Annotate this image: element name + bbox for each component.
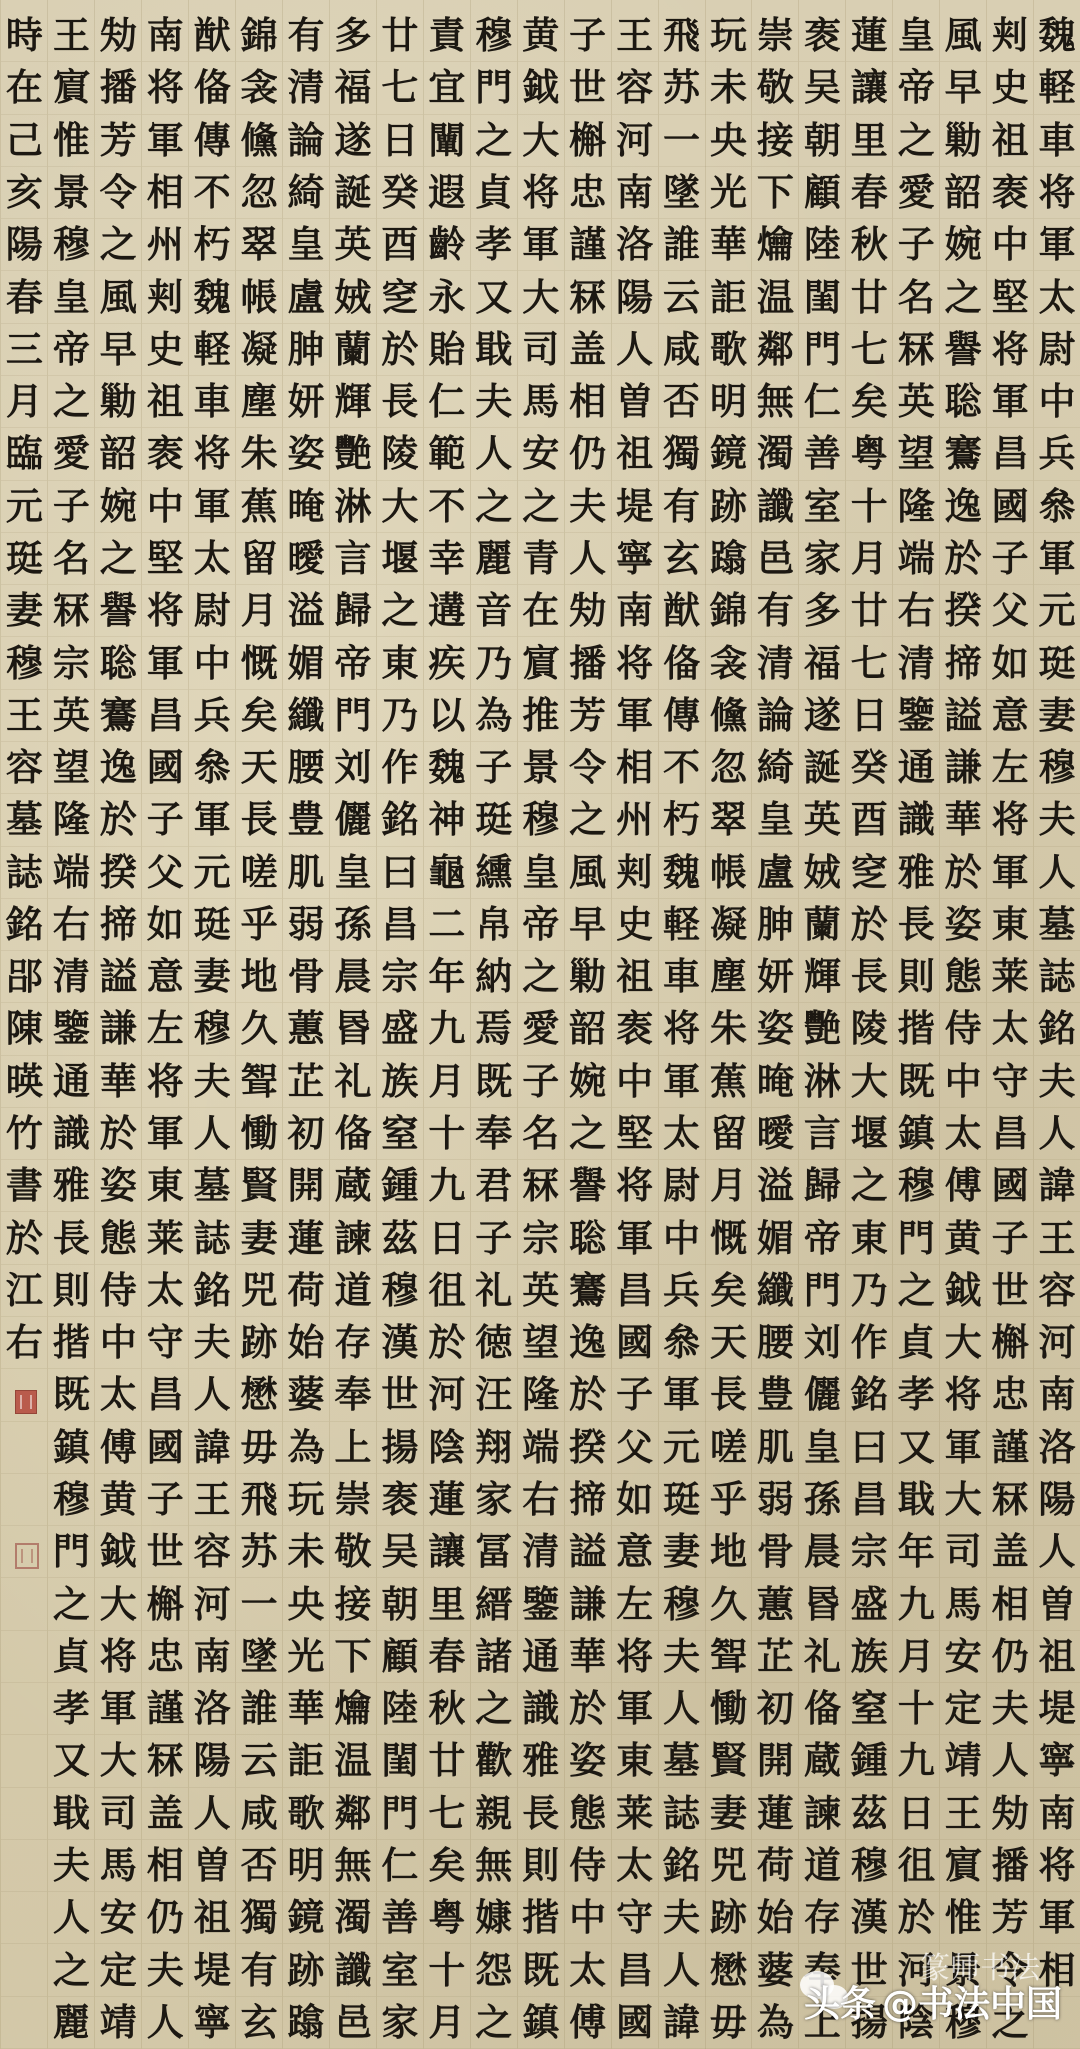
character-cell: 久: [705, 1578, 751, 1630]
character-cell: 洛: [189, 1683, 235, 1735]
character-cell: 妻: [659, 1526, 705, 1578]
character-cell: 容: [189, 1526, 235, 1578]
character-cell: 傅: [95, 1422, 141, 1474]
character-cell: 朽: [189, 219, 235, 271]
character-cell: 一: [236, 1578, 282, 1630]
character-cell: 堅: [987, 271, 1033, 323]
character-cell: 珽: [1, 533, 47, 585]
character-cell: 獨: [659, 428, 705, 480]
character-cell: 雅: [893, 847, 939, 899]
character-cell: 忽: [236, 167, 282, 219]
character-cell: 閨: [377, 1735, 423, 1787]
character-cell: 之: [518, 951, 564, 1003]
character-cell: 帝: [893, 62, 939, 114]
character-cell: 一: [659, 115, 705, 167]
text-column: 廿七日癸酉窆於長陵大堰之東乃作銘曰昌宗盛族窒鍾茲穆漢世揚袠吴朝顧陸閨門仁善室家: [376, 0, 423, 2049]
character-cell: 疾: [424, 637, 470, 689]
character-cell: 諱: [189, 1422, 235, 1474]
character-cell: [1, 1474, 47, 1526]
character-cell: 始: [752, 1892, 798, 1944]
character-cell: 存: [799, 1892, 845, 1944]
character-cell: 有: [659, 481, 705, 533]
character-cell: 初: [752, 1683, 798, 1735]
character-cell: 皇: [48, 271, 94, 323]
character-cell: 姿: [752, 1003, 798, 1055]
character-cell: 春: [846, 167, 892, 219]
character-cell: 大: [95, 1735, 141, 1787]
character-cell: 莱: [987, 951, 1033, 1003]
character-cell: 銘: [659, 1840, 705, 1892]
character-cell: 南: [142, 10, 188, 62]
character-cell: 夫: [659, 1892, 705, 1944]
character-cell: 人: [612, 324, 658, 376]
character-cell: 守: [612, 1892, 658, 1944]
character-cell: 嗟: [236, 847, 282, 899]
character-cell: 國: [612, 1997, 658, 2049]
character-cell: 姿: [95, 1160, 141, 1212]
character-cell: 軍: [142, 637, 188, 689]
character-cell: 曽: [1034, 1578, 1080, 1630]
character-cell: 州: [142, 219, 188, 271]
character-cell: 誕: [799, 742, 845, 794]
character-cell: 妍: [752, 951, 798, 1003]
character-cell: 不: [659, 742, 705, 794]
character-cell: 袠: [987, 167, 1033, 219]
character-cell: 陽: [1034, 1474, 1080, 1526]
character-cell: 冧: [48, 585, 94, 637]
character-cell: 骨: [283, 951, 329, 1003]
character-cell: 懋: [236, 1369, 282, 1421]
character-cell: 苏: [236, 1526, 282, 1578]
character-cell: 麗: [48, 1997, 94, 2049]
character-cell: 妻: [1, 585, 47, 637]
character-cell: 珽: [189, 899, 235, 951]
character-cell: 二: [424, 899, 470, 951]
character-cell: 詎: [283, 1735, 329, 1787]
character-cell: 云: [236, 1735, 282, 1787]
character-cell: 粤: [846, 428, 892, 480]
character-cell: 風: [565, 847, 611, 899]
character-cell: 十: [424, 1944, 470, 1996]
character-cell: 秋: [424, 1683, 470, 1735]
character-cell: 中: [565, 1892, 611, 1944]
character-cell: 族: [377, 1056, 423, 1108]
character-cell: 昌: [987, 428, 1033, 480]
character-cell: 之: [95, 533, 141, 585]
character-cell: 夫: [987, 1683, 1033, 1735]
character-cell: 晨: [330, 951, 376, 1003]
character-cell: 通: [518, 1631, 564, 1683]
character-cell: 冧: [565, 271, 611, 323]
character-cell: 右: [48, 899, 94, 951]
character-cell: 墓: [659, 1735, 705, 1787]
character-cell: 侍: [940, 1003, 986, 1055]
character-cell: 長: [236, 794, 282, 846]
character-cell: 識: [48, 1108, 94, 1160]
character-cell: 為: [283, 1422, 329, 1474]
character-cell: 車: [1034, 115, 1080, 167]
character-cell: 謚: [940, 690, 986, 742]
character-cell: 漢: [377, 1317, 423, 1369]
text-column: 猷俻傳不朽魏軽車将軍太尉中兵叅軍元珽妻穆夫人墓誌銘夫人諱王容河南洛陽人曽祖堤寧: [188, 0, 235, 2049]
character-cell: 意: [612, 1526, 658, 1578]
character-cell: 綺: [283, 167, 329, 219]
character-cell: 子: [142, 794, 188, 846]
character-cell: 魏: [189, 271, 235, 323]
character-cell: 聡: [565, 1212, 611, 1264]
character-cell: 儷: [799, 1369, 845, 1421]
character-cell: 俻: [659, 637, 705, 689]
character-cell: 明: [283, 1840, 329, 1892]
character-cell: [1, 1788, 47, 1840]
character-cell: 春: [424, 1631, 470, 1683]
character-cell: 書: [1, 1160, 47, 1212]
character-cell: 之: [48, 1944, 94, 1996]
character-cell: [1, 1631, 47, 1683]
character-cell: 帝: [799, 1212, 845, 1264]
character-cell: 存: [330, 1317, 376, 1369]
character-cell: 司: [940, 1526, 986, 1578]
character-cell: 遘: [424, 585, 470, 637]
character-cell: 子: [471, 742, 517, 794]
character-cell: 諫: [799, 1788, 845, 1840]
character-cell: 軍: [518, 219, 564, 271]
character-cell: [1, 1683, 47, 1735]
outline-seal-icon: [15, 1543, 39, 1569]
character-cell: [1, 1422, 47, 1474]
character-cell: 之: [940, 271, 986, 323]
character-cell: [1, 1944, 47, 1996]
character-cell: 慨: [705, 1212, 751, 1264]
text-column: 有清論綺皇盧胂妍姿晻曖溢媚纖腰豊肌弱骨蕙芷初開蓮荷始蔢為玩未央光華詎歌明鏡跡蹹: [282, 0, 329, 2049]
character-cell: 南: [1034, 1369, 1080, 1421]
text-column: 責宜闡遐齡永貽仁範不幸遘疾以魏神龜二年九月十九日徂於河陰蓮讓里春秋廿七矣粤十月: [423, 0, 470, 2049]
character-cell: 誰: [659, 219, 705, 271]
character-cell: 蔢: [752, 1944, 798, 1996]
character-cell: 意: [987, 690, 1033, 742]
character-cell: 月: [705, 1160, 751, 1212]
character-cell: 長: [48, 1212, 94, 1264]
character-cell: 道: [330, 1265, 376, 1317]
character-cell: 蔵: [799, 1735, 845, 1787]
character-cell: 帛: [471, 899, 517, 951]
character-cell: 太: [1034, 271, 1080, 323]
character-cell: 人: [565, 533, 611, 585]
character-cell: 司: [518, 324, 564, 376]
character-cell: 軍: [987, 847, 1033, 899]
character-cell: 珽: [659, 1474, 705, 1526]
character-cell: 開: [283, 1160, 329, 1212]
character-cell: 作: [846, 1317, 892, 1369]
character-cell: 蓮: [846, 10, 892, 62]
character-cell: 将: [1034, 1840, 1080, 1892]
character-cell: 窆: [377, 271, 423, 323]
character-cell: 太: [142, 1265, 188, 1317]
character-cell: 年: [893, 1526, 939, 1578]
character-cell: 媚: [752, 1212, 798, 1264]
character-cell: 宗: [48, 637, 94, 689]
character-cell: 諫: [330, 1212, 376, 1264]
character-cell: 態: [565, 1788, 611, 1840]
character-cell: 忠: [565, 167, 611, 219]
text-column: 穆門之貞孝又戢夫人之麗音乃為子珽纁帛納焉既奉君子礼徳汪翔家冨縉諸之歡親無嫝怨之: [470, 0, 517, 2049]
character-cell: 将: [612, 637, 658, 689]
character-cell: 盖: [987, 1526, 1033, 1578]
character-cell: 吴: [799, 62, 845, 114]
character-cell: 飛: [236, 1474, 282, 1526]
character-cell: 有: [752, 585, 798, 637]
character-cell: 子: [893, 219, 939, 271]
character-cell: 荷: [283, 1265, 329, 1317]
character-cell: 銘: [846, 1369, 892, 1421]
character-cell: 軍: [612, 1212, 658, 1264]
character-cell: 君: [471, 1160, 517, 1212]
character-cell: 室: [799, 481, 845, 533]
character-cell: 陸: [377, 1683, 423, 1735]
character-cell: 長: [846, 951, 892, 1003]
character-cell: 國: [142, 742, 188, 794]
character-cell: 黄: [518, 10, 564, 62]
character-cell: 秋: [846, 219, 892, 271]
character-cell: 揆: [95, 847, 141, 899]
character-cell: 忠: [987, 1369, 1033, 1421]
character-cell: 謹: [142, 1683, 188, 1735]
character-cell: 寧: [612, 533, 658, 585]
character-cell: 妻: [705, 1788, 751, 1840]
character-cell: 人: [189, 1788, 235, 1840]
character-cell: 史: [612, 899, 658, 951]
character-cell: 皇: [752, 794, 798, 846]
character-cell: 之: [565, 794, 611, 846]
character-cell: 仍: [565, 428, 611, 480]
character-cell: [1, 1578, 47, 1630]
character-cell: 妍: [283, 376, 329, 428]
character-cell: 久: [236, 1003, 282, 1055]
character-cell: 懋: [705, 1944, 751, 1996]
character-cell: 清: [752, 637, 798, 689]
text-column: 皇帝之愛子名冧英望隆端右清鑒通識雅長則揩既鎮穆門之貞孝又戢年九月十九日徂於河陰: [892, 0, 939, 2049]
character-cell: 謚: [565, 1526, 611, 1578]
character-cell: 端: [48, 847, 94, 899]
character-cell: 東: [142, 1160, 188, 1212]
character-cell: 月: [236, 585, 282, 637]
character-cell: 冧: [893, 324, 939, 376]
character-cell: 韶: [565, 1003, 611, 1055]
character-cell: 俻: [330, 1108, 376, 1160]
character-cell: 歌: [705, 324, 751, 376]
character-cell: 戢: [893, 1474, 939, 1526]
character-cell: 相: [142, 1840, 188, 1892]
character-cell: 相: [142, 167, 188, 219]
text-column: 子世槲忠謹冧盖相仍夫人劮播芳令之風早勦韶婉之譽聡鶱逸於揆揥謚謙華於姿態侍中太傅: [564, 0, 611, 2049]
character-cell: 賢: [236, 1160, 282, 1212]
character-cell: 獨: [236, 1892, 282, 1944]
character-cell: 清: [518, 1526, 564, 1578]
character-cell: 諱: [1034, 1160, 1080, 1212]
character-cell: 軽: [1034, 62, 1080, 114]
character-cell: 揥: [95, 899, 141, 951]
character-cell: 珽: [471, 794, 517, 846]
character-cell: 鑒: [893, 690, 939, 742]
character-cell: 中: [659, 1212, 705, 1264]
character-cell: 将: [95, 1631, 141, 1683]
character-cell: 東: [846, 1212, 892, 1264]
character-cell: 冧: [987, 1474, 1033, 1526]
character-cell: 不: [189, 167, 235, 219]
character-cell: 骨: [752, 1526, 798, 1578]
character-cell: 太: [612, 1840, 658, 1892]
character-cell: 於: [565, 1369, 611, 1421]
character-cell: 槲: [565, 115, 611, 167]
character-cell: 姿: [940, 899, 986, 951]
character-cell: 九: [424, 1003, 470, 1055]
character-cell: 名: [518, 1108, 564, 1160]
character-cell: 中: [189, 637, 235, 689]
character-cell: 郘: [1, 951, 47, 1003]
character-cell: 河: [189, 1578, 235, 1630]
character-cell: 安: [940, 1631, 986, 1683]
character-cell: 袠: [142, 428, 188, 480]
character-cell: 門: [471, 62, 517, 114]
character-cell: 俻: [189, 62, 235, 114]
character-cell: 冧: [142, 1735, 188, 1787]
character-cell: 刘: [799, 1317, 845, 1369]
character-cell: 未: [705, 62, 751, 114]
character-cell: 将: [142, 62, 188, 114]
character-cell: 蕉: [705, 1056, 751, 1108]
character-cell: 中: [940, 1056, 986, 1108]
character-cell: 尉: [659, 1160, 705, 1212]
text-column: 蓮讓里春秋廿七矣粤十月廿七日癸酉窆於長陵大堰之東乃作銘曰昌宗盛族窒鍾茲穆漢世揚: [845, 0, 892, 2049]
text-column: 黄鉞大将軍大司馬安之青在賔推景穆皇帝之愛子名冧宗英望隆端右清鑒通識雅長則揩既鎮: [517, 0, 564, 2049]
character-cell: 道: [799, 1840, 845, 1892]
character-cell: 十: [846, 481, 892, 533]
character-cell: 歌: [283, 1788, 329, 1840]
character-cell: 年: [424, 951, 470, 1003]
character-cell: 英: [48, 690, 94, 742]
character-cell: 王: [940, 1788, 986, 1840]
character-cell: 闡: [424, 115, 470, 167]
character-cell: 右: [1, 1317, 47, 1369]
character-cell: 将: [612, 1631, 658, 1683]
character-cell: 曰: [377, 847, 423, 899]
character-cell: 鍾: [377, 1160, 423, 1212]
character-cell: 軍: [659, 1056, 705, 1108]
character-cell: 傅: [565, 1997, 611, 2049]
character-cell: 陵: [846, 1003, 892, 1055]
character-cell: 惟: [48, 115, 94, 167]
character-cell: 歸: [799, 1160, 845, 1212]
character-cell: 奉: [330, 1369, 376, 1421]
character-cell: 在: [1, 62, 47, 114]
character-cell: 下: [330, 1631, 376, 1683]
character-cell: 雅: [48, 1160, 94, 1212]
character-cell: 翠: [705, 794, 751, 846]
character-cell: 蹹: [705, 533, 751, 585]
character-cell: 軍: [142, 1108, 188, 1160]
character-cell: 國: [142, 1422, 188, 1474]
character-cell: 容: [1034, 1265, 1080, 1317]
character-cell: 叅: [659, 1317, 705, 1369]
character-cell: 忽: [705, 742, 751, 794]
character-cell: 玄: [236, 1997, 282, 2049]
character-cell: 祖: [142, 376, 188, 428]
character-cell: 日: [893, 1788, 939, 1840]
character-cell: 元: [189, 847, 235, 899]
character-cell: 焉: [471, 1003, 517, 1055]
character-cell: 賔: [518, 637, 564, 689]
character-cell: 胂: [752, 899, 798, 951]
character-cell: 誌: [1, 847, 47, 899]
character-cell: 大: [518, 271, 564, 323]
character-cell: 黄: [95, 1474, 141, 1526]
character-cell: 奉: [471, 1108, 517, 1160]
character-cell: 軽: [659, 899, 705, 951]
character-cell: 里: [424, 1578, 470, 1630]
character-cell: 祖: [189, 1892, 235, 1944]
character-cell: 清: [283, 62, 329, 114]
character-cell: 大: [940, 1474, 986, 1526]
character-cell: 軍: [1034, 533, 1080, 585]
character-cell: 蕙: [283, 1003, 329, 1055]
character-cell: [1, 1892, 47, 1944]
character-cell: 乃: [846, 1265, 892, 1317]
character-cell: 刘: [330, 742, 376, 794]
character-cell: 馬: [518, 376, 564, 428]
character-cell: 盛: [377, 1003, 423, 1055]
character-cell: 之: [48, 1578, 94, 1630]
character-cell: 穆: [377, 1265, 423, 1317]
character-cell: 誌: [189, 1212, 235, 1264]
character-cell: 臨: [1, 428, 47, 480]
character-cell: 猷: [659, 585, 705, 637]
character-cell: 玩: [283, 1474, 329, 1526]
character-cell: 父: [612, 1422, 658, 1474]
character-cell: 苏: [659, 62, 705, 114]
character-cell: 跡: [705, 481, 751, 533]
character-cell: 鉞: [940, 1265, 986, 1317]
character-cell: 亥: [1, 167, 47, 219]
character-cell: 名: [48, 533, 94, 585]
character-cell: 輝: [799, 951, 845, 1003]
character-cell: 逸: [95, 742, 141, 794]
character-cell: 之: [48, 376, 94, 428]
character-cell: 廿: [377, 10, 423, 62]
character-cell: 七: [424, 1788, 470, 1840]
character-cell: 帝: [330, 637, 376, 689]
character-cell: 光: [705, 167, 751, 219]
character-cell: 軍: [189, 794, 235, 846]
character-cell: 朝: [799, 115, 845, 167]
character-cell: 於: [565, 1683, 611, 1735]
character-cell: 冨: [471, 1526, 517, 1578]
character-cell: 軍: [189, 481, 235, 533]
character-cell: 穆: [48, 1474, 94, 1526]
character-cell: 世: [142, 1526, 188, 1578]
character-cell: 門: [893, 1212, 939, 1264]
character-cell: 責: [424, 10, 470, 62]
character-cell: 莱: [142, 1212, 188, 1264]
character-cell: 昌: [612, 1944, 658, 1996]
character-cell: 九: [893, 1735, 939, 1787]
character-cell: 昌: [987, 1108, 1033, 1160]
character-cell: 仍: [142, 1892, 188, 1944]
character-cell: 龜: [424, 847, 470, 899]
character-cell: 則: [893, 951, 939, 1003]
character-cell: 蓮: [752, 1788, 798, 1840]
character-cell: 王: [189, 1474, 235, 1526]
character-cell: 九: [424, 1160, 470, 1212]
